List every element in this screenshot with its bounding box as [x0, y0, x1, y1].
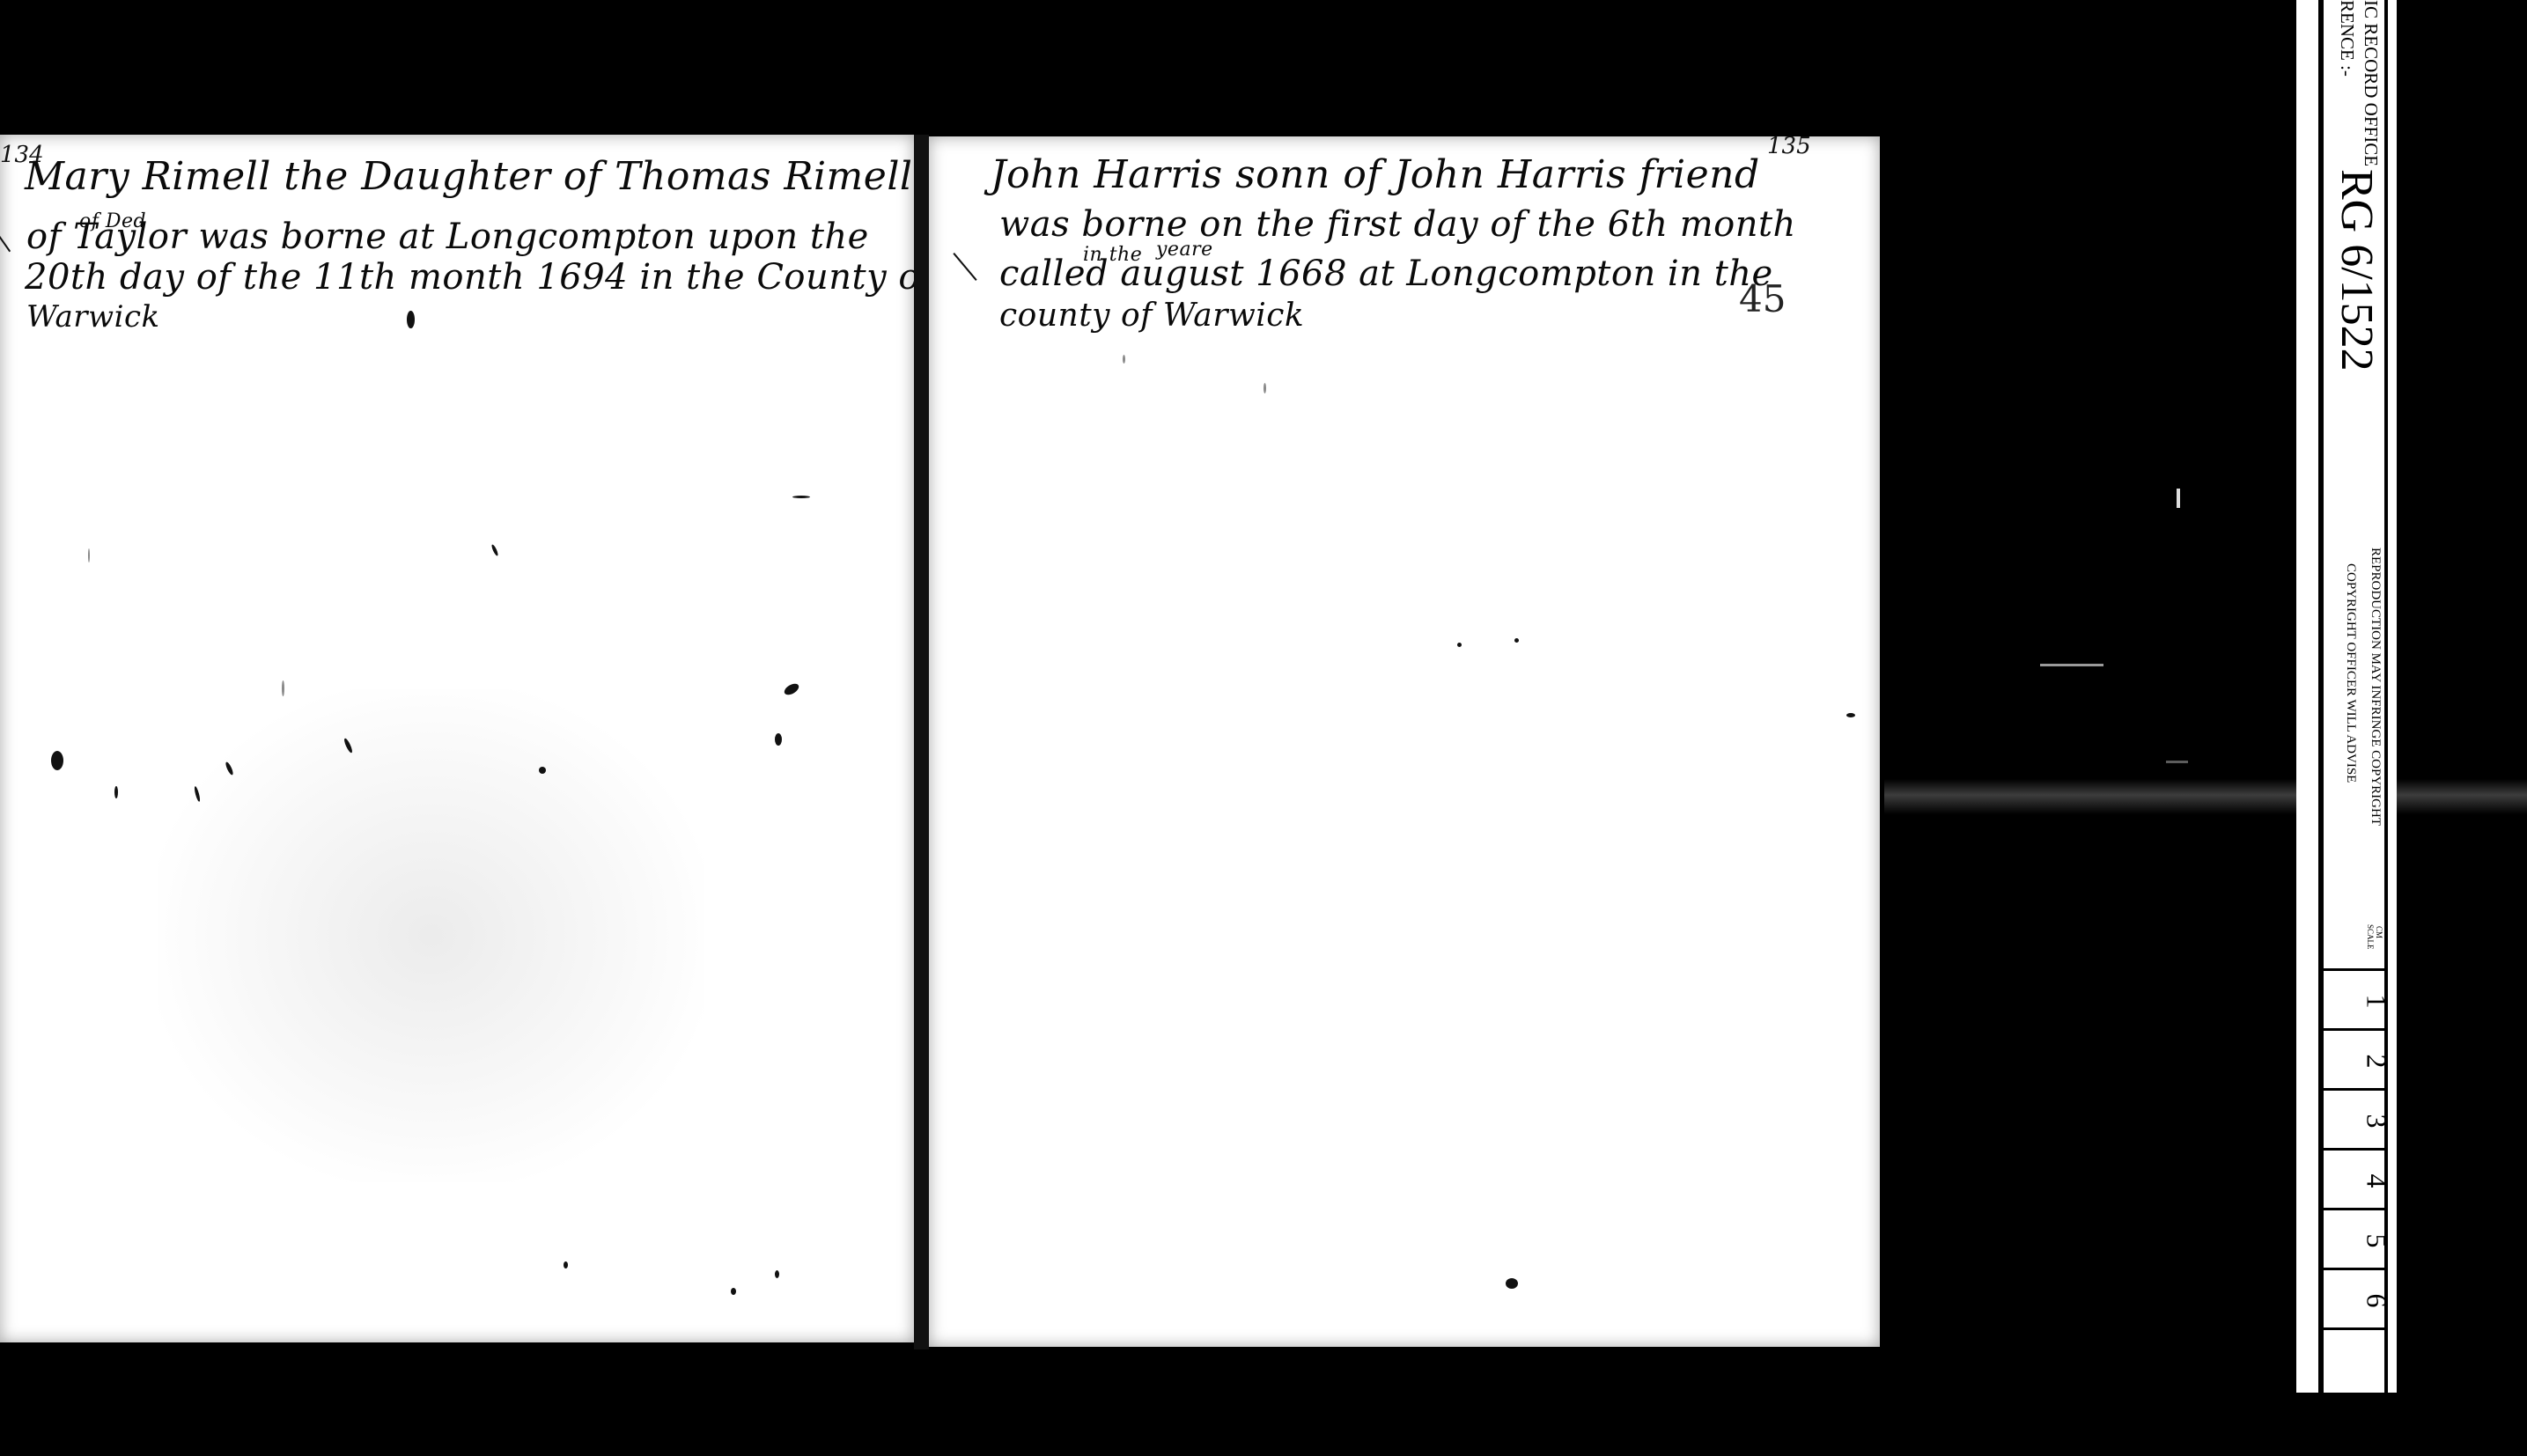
scale-cell-6: 6: [2324, 1268, 2384, 1327]
page-stain: [158, 689, 704, 1182]
scale-number: 3: [2361, 1114, 2393, 1129]
scale-cell-end: [2324, 1327, 2384, 1393]
scale-cell-2: 2: [2324, 1028, 2384, 1088]
entry-line-4: Warwick: [26, 302, 160, 332]
entry-line-1: Mary Rimell the Daughter of Thomas Rimel…: [25, 158, 912, 196]
ink-spot: [1846, 713, 1855, 717]
scale-number: 4: [2361, 1174, 2393, 1188]
scale-number: 2: [2361, 1055, 2393, 1069]
scan-mark: [2177, 489, 2180, 508]
reference-strip: IC RECORD OFFICE RENCE :- RG 6/1522 REPR…: [2296, 0, 2397, 1393]
stamped-page-number: 45: [1739, 277, 1786, 320]
ink-spot: [1263, 383, 1266, 393]
ink-spot: [1123, 355, 1125, 364]
margin-mark: [953, 253, 976, 281]
entry-line-1: John Harris sonn of John Harris friend: [991, 156, 1760, 195]
scan-streak: [2166, 761, 2188, 763]
scan-light-band: [1884, 779, 2527, 814]
ink-spot: [490, 544, 499, 556]
entry-line-2: of Taylor was borne at Longcompton upon …: [26, 219, 869, 254]
reference-code: RG 6/1522: [2331, 169, 2383, 371]
scale-cell-4: 4: [2324, 1148, 2384, 1208]
scale-number: 6: [2361, 1294, 2393, 1308]
right-register-page: 135 John Harris sonn of John Harris frie…: [929, 136, 1880, 1347]
entry-line-4: county of Warwick: [999, 300, 1304, 332]
entry-line-2: was borne on the first day of the 6th mo…: [999, 207, 1796, 242]
margin-mark: [0, 225, 11, 253]
scale-label-scale: SCALE: [2366, 924, 2375, 950]
scan-streak: [2040, 664, 2103, 666]
ink-spot: [51, 751, 63, 770]
ink-spot: [88, 548, 90, 563]
ink-spot: [114, 786, 118, 798]
ink-spot: [539, 767, 546, 774]
ink-spot: [783, 681, 801, 697]
ink-spot: [775, 1270, 779, 1278]
ink-spot: [564, 1261, 568, 1268]
scale-cell-1: 1: [2324, 968, 2384, 1028]
ink-spot: [1506, 1278, 1518, 1289]
ink-spot: [792, 496, 810, 498]
reference-label: RENCE :-: [2336, 0, 2358, 77]
entry-line-3: 20th day of the 11th month 1694 in the C…: [25, 260, 933, 295]
entry-line-3: called august 1668 at Longcompton in the: [999, 256, 1773, 291]
scale-number: 5: [2361, 1234, 2393, 1248]
ink-spot: [407, 311, 415, 328]
scale-cell-3: 3: [2324, 1088, 2384, 1148]
page-gutter: [914, 135, 929, 1349]
ink-spot: [282, 680, 284, 696]
left-register-page: 134 Mary Rimell the Daughter of Thomas R…: [0, 135, 914, 1342]
ink-spot: [731, 1288, 736, 1295]
scale-number: 1: [2361, 995, 2393, 1009]
copyright-notice-2: COPYRIGHT OFFICER WILL ADVISE: [2343, 563, 2358, 783]
ink-spot: [1457, 643, 1462, 647]
ink-spot: [1514, 638, 1519, 643]
scale-label-cm: CM: [2375, 926, 2383, 938]
scale-cell-5: 5: [2324, 1208, 2384, 1268]
folio-number: 135: [1767, 133, 1811, 159]
office-header: IC RECORD OFFICE: [2360, 0, 2382, 166]
ink-spot: [775, 733, 782, 746]
copyright-notice-1: REPRODUCTION MAY INFRINGE COPYRIGHT: [2368, 548, 2383, 826]
